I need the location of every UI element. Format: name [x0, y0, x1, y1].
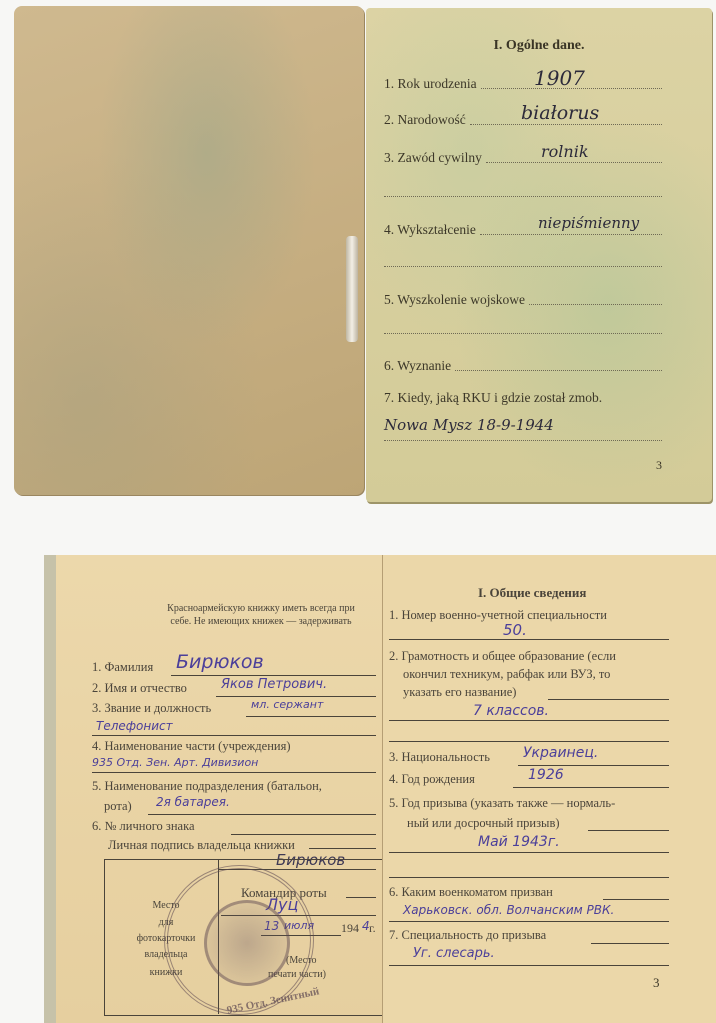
field-military-training: 5. Wyszkolenie wojskowe	[384, 292, 662, 308]
field-mobilization: 7. Kiedy, jaką RKU i gdzie został zmob.	[384, 390, 662, 406]
field-label: рота)	[104, 799, 132, 814]
field-value: rolnik	[541, 142, 589, 161]
field-value: niepiśmienny	[538, 214, 639, 232]
field-label: 6. Wyznanie	[384, 358, 451, 374]
seal-emblem-icon	[204, 900, 290, 986]
field-label: 2. Narodowość	[384, 112, 466, 128]
field-religion: 6. Wyznanie	[384, 358, 662, 374]
field-birth-year: 1. Rok urodzenia	[384, 76, 662, 92]
blank-line	[384, 196, 662, 197]
staple	[346, 236, 358, 342]
field-label: окончил техникум, рабфак или ВУЗ, то	[403, 667, 610, 682]
soviet-id-left-page: Красноармейскую книжку иметь всегда при …	[44, 555, 384, 1023]
field-label: 1. Rok urodzenia	[384, 76, 477, 92]
date-suffix: г.	[369, 921, 376, 936]
field-label: ный или досрочный призыв)	[407, 816, 560, 831]
field-value: Харьковск. обл. Волчанским РВК.	[403, 903, 614, 917]
field-value: białorus	[521, 102, 599, 124]
field-label: 5. Год призыва (указать также — нормаль-	[389, 796, 615, 811]
field-value: 1926	[528, 767, 564, 783]
blank-line	[384, 440, 662, 441]
field-value: Яков Петрович.	[221, 677, 327, 692]
field-label: 1. Номер военно-учетной специальности	[389, 608, 607, 623]
carry-notice: Красноармейскую книжку иметь всегда при …	[156, 602, 366, 628]
field-label: указать его название)	[403, 685, 516, 700]
field-label: 3. Звание и должность	[92, 701, 211, 716]
field-label: 1. Фамилия	[92, 660, 153, 675]
polish-general-data-page: I. Ogólne dane. 1. Rok urodzenia 1907 2.…	[366, 8, 712, 502]
field-label: 6. Каким военкоматом призван	[389, 885, 553, 900]
field-value: Бирюков	[176, 651, 264, 673]
field-label: 4. Wykształcenie	[384, 222, 476, 238]
field-value: Телефонист	[96, 719, 173, 733]
blank-line	[384, 333, 662, 334]
field-value: 2я батарея.	[156, 795, 230, 809]
field-label: Личная подпись владельца книжки	[108, 838, 295, 853]
field-label: 4. Год рождения	[389, 772, 475, 787]
field-label: 3. Zawód cywilny	[384, 150, 482, 166]
field-label: 6. № личного знака	[92, 819, 195, 834]
field-value: Уг. слесарь.	[413, 946, 495, 961]
soviet-general-info-page: I. Общие сведения 1. Номер военно-учетно…	[382, 555, 716, 1023]
date-year-prefix: 194	[341, 921, 359, 936]
field-label: 4. Наименование части (учреждения)	[92, 739, 291, 754]
field-label: 5. Wyszkolenie wojskowe	[384, 292, 525, 308]
page-title: I. Общие сведения	[478, 585, 586, 601]
field-label: 2. Имя и отчество	[92, 681, 187, 696]
field-label: 3. Национальность	[389, 750, 490, 765]
field-value: мл. сержант	[251, 698, 323, 711]
field-value: 1907	[534, 66, 585, 90]
field-value: 7 классов.	[473, 703, 549, 719]
blank-line	[384, 266, 662, 267]
page-title: I. Ogólne dane.	[366, 38, 712, 54]
field-value: 50.	[503, 621, 527, 639]
field-label: 7. Kiedy, jaką RKU i gdzie został zmob.	[384, 390, 602, 406]
field-value: 935 Отд. Зен. Арт. Дивизион	[92, 756, 258, 769]
field-label: 7. Специальность до призыва	[389, 928, 546, 943]
field-label: 5. Наименование подразделения (батальон,	[92, 779, 322, 794]
field-label: 2. Грамотность и общее образование (если	[389, 649, 616, 664]
field-value: Май 1943г.	[478, 834, 560, 850]
booklet-back-cover	[14, 6, 364, 495]
field-civil-profession: 3. Zawód cywilny	[384, 150, 662, 166]
page-number: 3	[653, 975, 660, 991]
field-value: Nowa Mysz 18-9-1944	[384, 416, 554, 434]
page-number: 3	[656, 458, 662, 473]
field-value: Украинец.	[523, 745, 598, 761]
